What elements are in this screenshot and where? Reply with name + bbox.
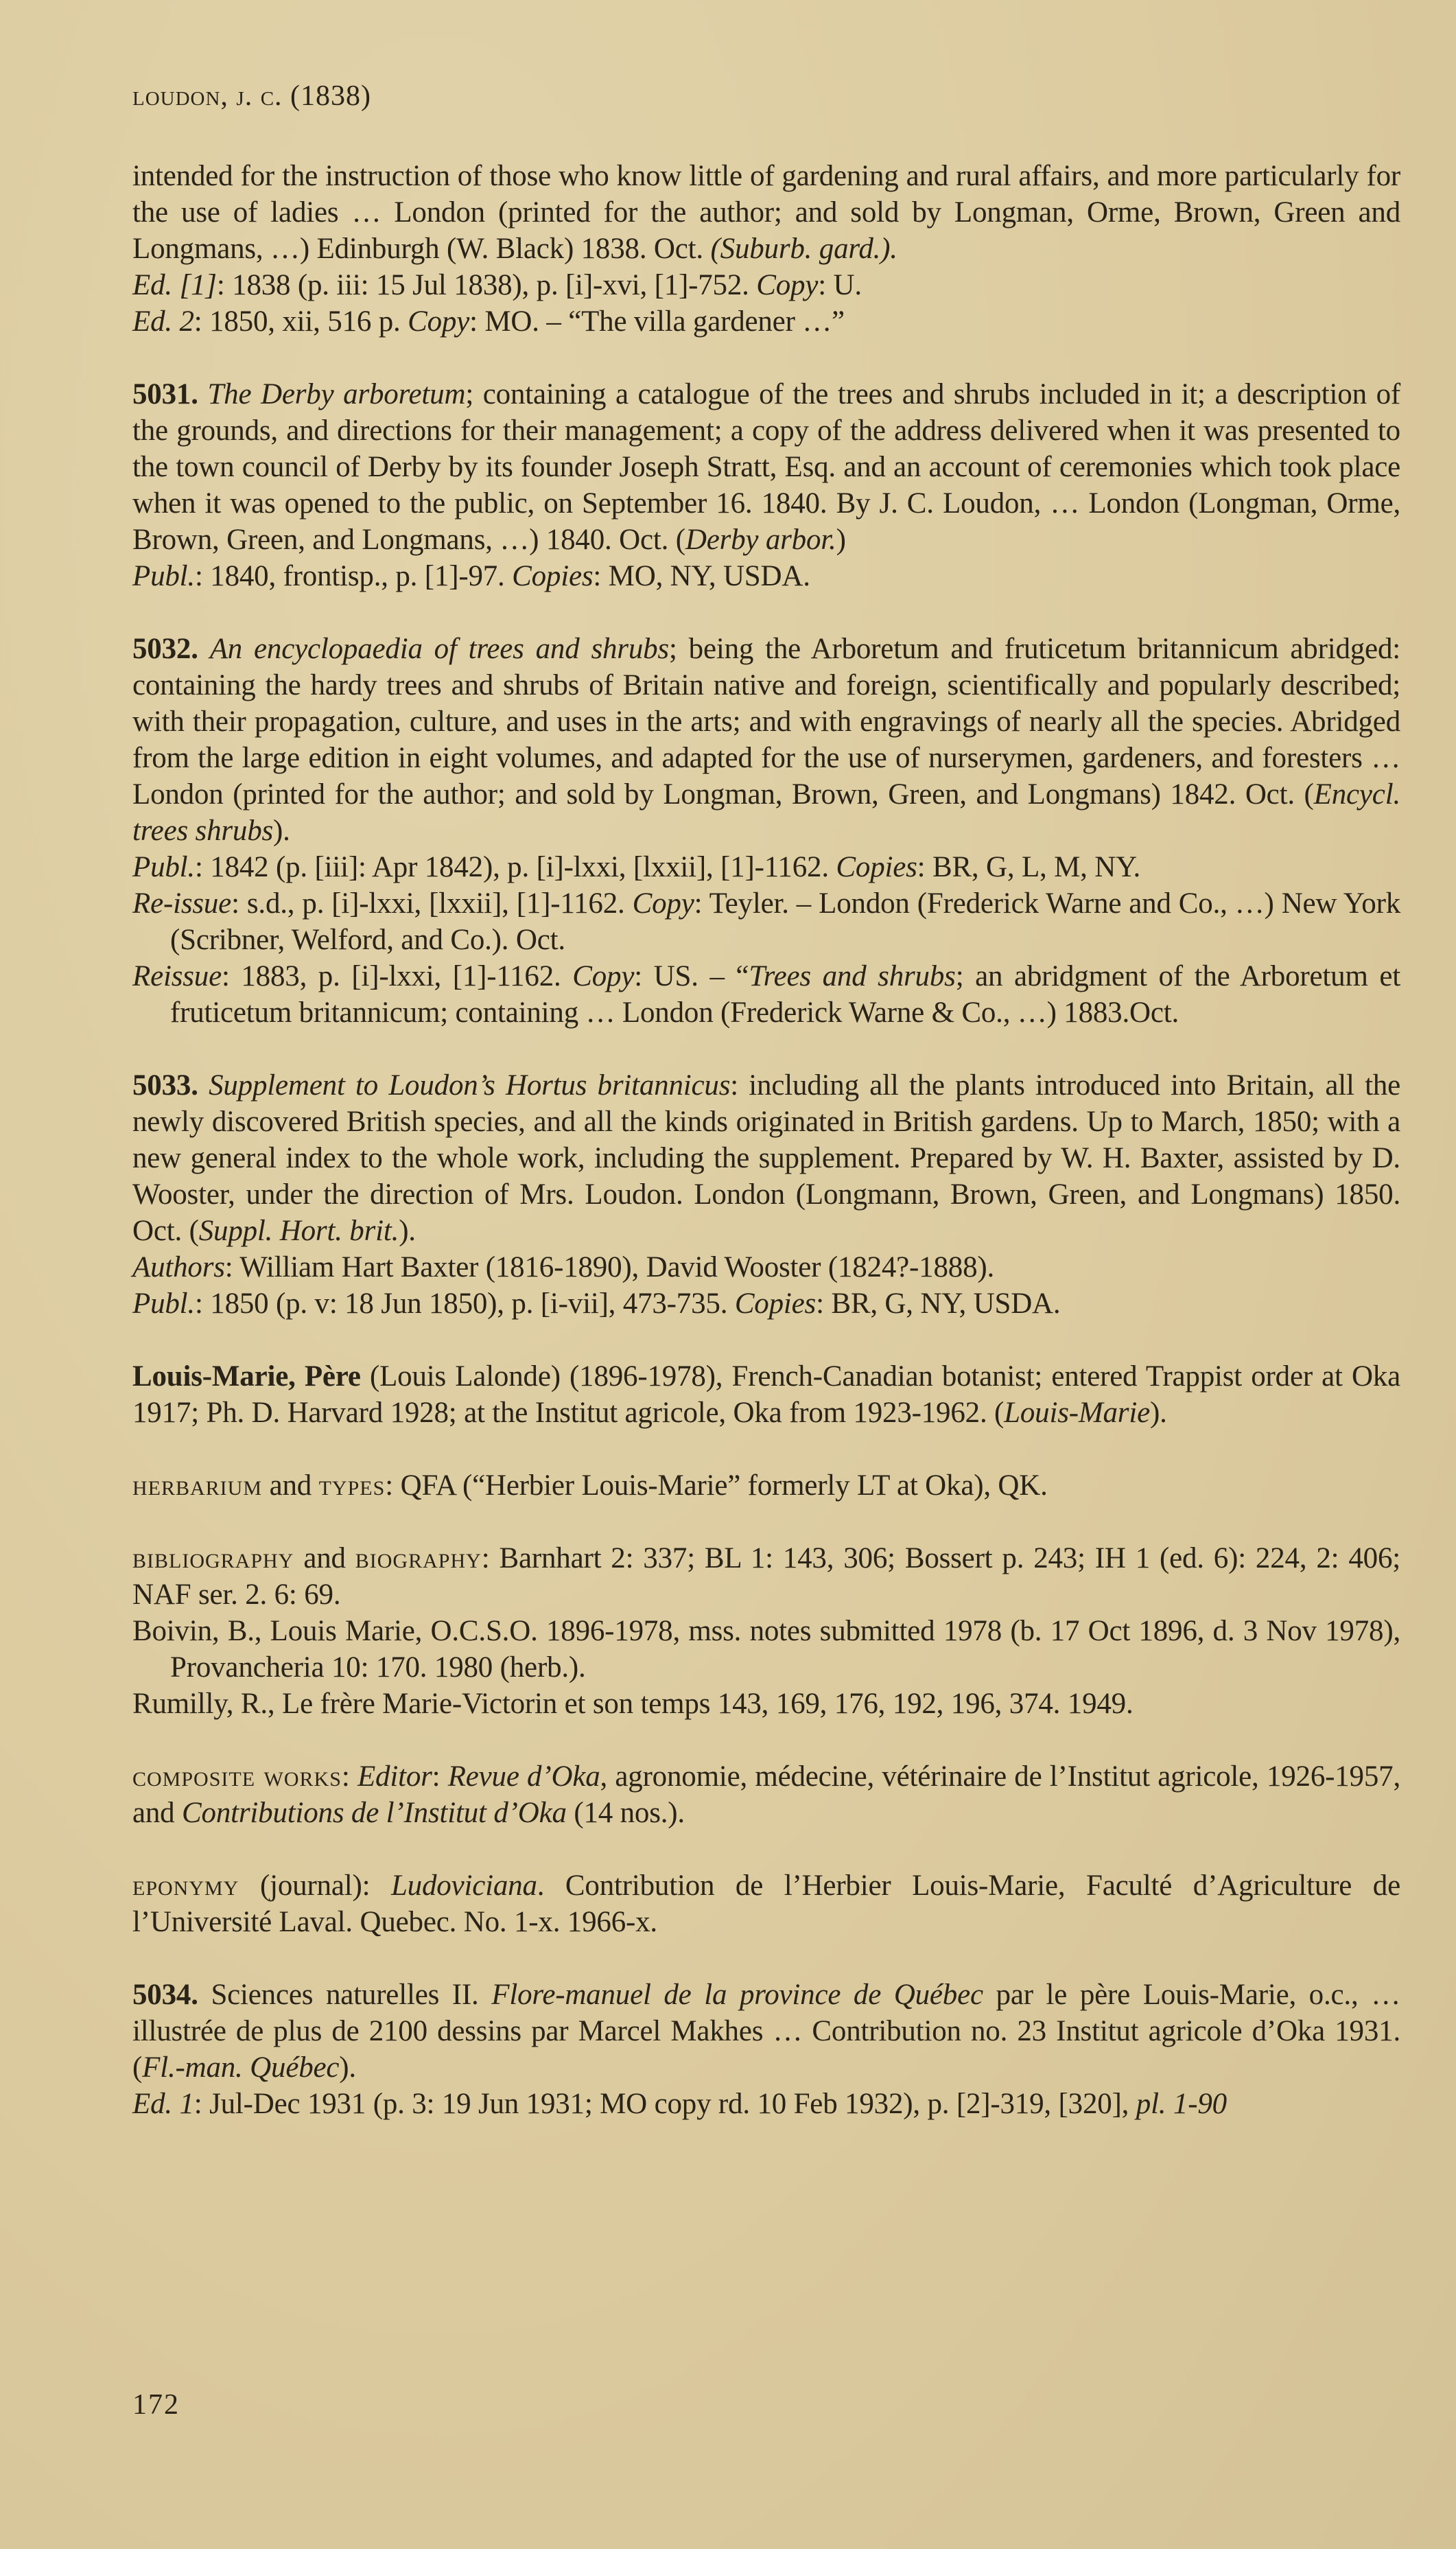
edition-2: Ed. 2: 1850, xii, 516 p. Copy: MO. – “Th… [132, 303, 1400, 340]
entry-title: An encyclopaedia of trees and shrubs [210, 633, 669, 665]
herbarium-section: herbarium and types: QFA (“Herbier Louis… [132, 1467, 1400, 1504]
running-head: LOUDON, J. C. (1838) [132, 75, 1400, 117]
entry-title: Flore-manuel de la province de Québec [491, 1979, 983, 2011]
running-head-text: LOUDON, J. C. (1838) [132, 80, 371, 112]
entry-5034: 5034. Sciences naturelles II. Flore-manu… [132, 1977, 1400, 2122]
publication: Publ.: 1850 (p. v: 18 Jun 1850), p. [i-v… [132, 1285, 1400, 1322]
reissue-1: Re-issue: s.d., p. [i]-lxxi, [lxxii], [1… [132, 885, 1400, 958]
entry-abbrev: Fl.-man. Québec [142, 2051, 339, 2084]
entry-title: Supplement to Loudon’s Hortus britannicu… [209, 1069, 730, 1102]
bibliography-section: bibliography and biography: Barnhart 2: … [132, 1540, 1400, 1722]
composite-works-section: composite works: Editor: Revue d’Oka, ag… [132, 1758, 1400, 1831]
page-number: 172 [132, 2388, 180, 2421]
reissue-2: Reissue: 1883, p. [i]-lxxi, [1]-1162. Co… [132, 958, 1400, 1031]
entry-5033: 5033. Supplement to Loudon’s Hortus brit… [132, 1067, 1400, 1322]
publication: Publ.: 1840, frontisp., p. [1]-97. Copie… [132, 558, 1400, 594]
reference-boivin: Boivin, B., Louis Marie, O.C.S.O. 1896-1… [132, 1613, 1400, 1686]
entry-number: 5031. [132, 378, 198, 410]
author-louis-marie: Louis-Marie, Père (Louis Lalonde) (1896-… [132, 1358, 1400, 1431]
authors: Authors: William Hart Baxter (1816-1890)… [132, 1249, 1400, 1285]
entry-number: 5032. [132, 633, 198, 665]
entry-5031: 5031. The Derby arboretum; containing a … [132, 376, 1400, 594]
entry-title: The Derby arboretum [207, 378, 465, 410]
entry-number: 5034. [132, 1979, 198, 2011]
entry-abbrev: Derby arbor. [685, 524, 836, 556]
eponymy-section: eponymy (journal): Ludoviciana. Contribu… [132, 1867, 1400, 1940]
entry-number: 5033. [132, 1069, 198, 1102]
entry-5030-continuation: intended for the instruction of those wh… [132, 158, 1400, 340]
author-name: Louis-Marie, Père [132, 1360, 361, 1393]
entry-abbrev: Suppl. Hort. brit. [199, 1215, 399, 1247]
edition-1: Ed. [1]: 1838 (p. iii: 15 Jul 1838), p. … [132, 267, 1400, 303]
reference-rumilly: Rumilly, R., Le frère Marie-Victorin et … [132, 1686, 1400, 1722]
entry-abbrev: (Suburb. gard.). [711, 233, 897, 265]
publication: Publ.: 1842 (p. [iii]: Apr 1842), p. [i]… [132, 849, 1400, 885]
entry-5032: 5032. An encyclopaedia of trees and shru… [132, 631, 1400, 1031]
page-body: LOUDON, J. C. (1838) intended for the in… [132, 75, 1400, 2158]
edition-1: Ed. 1: Jul-Dec 1931 (p. 3: 19 Jun 1931; … [132, 2086, 1400, 2122]
